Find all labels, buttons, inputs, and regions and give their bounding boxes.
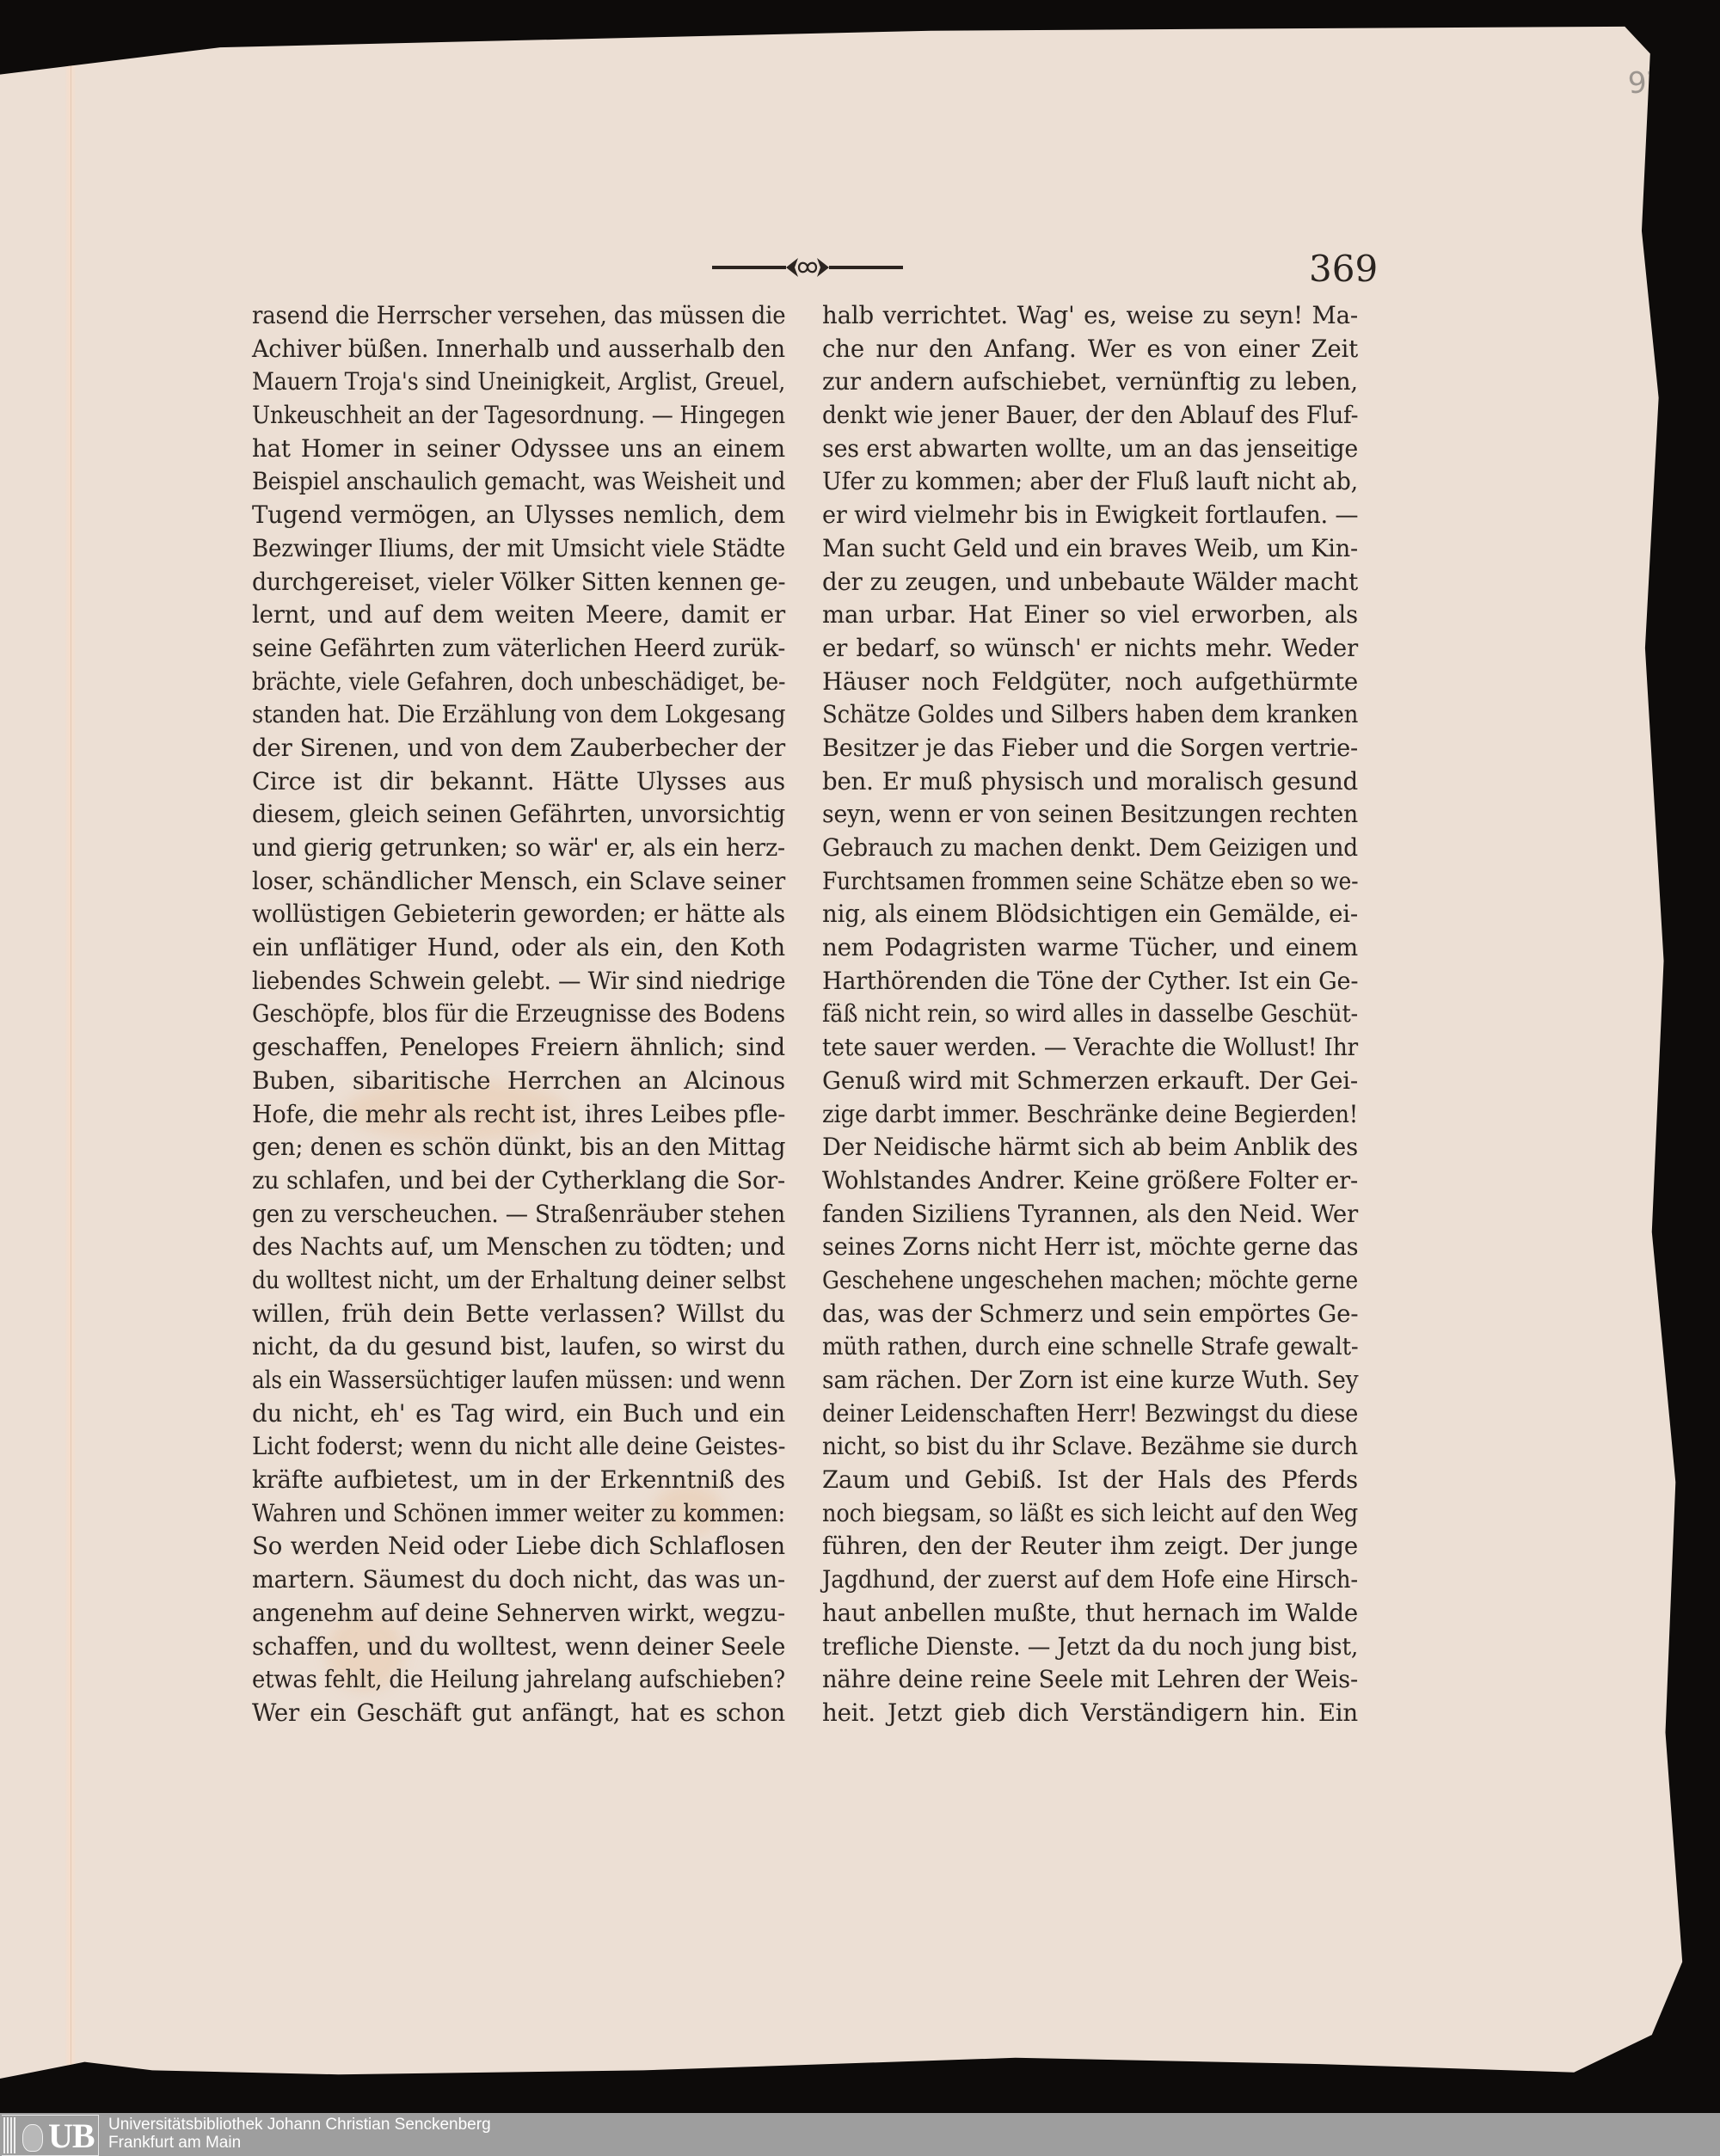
text-line: loser, schändlicher Mensch, ein Sclave s… (252, 865, 785, 899)
text-line: etwas fehlt, die Heilung jahrelang aufsc… (252, 1663, 785, 1697)
text-line: Wahren und Schönen immer weiter zu komme… (252, 1497, 785, 1531)
text-line: er wird vielmehr bis in Ewigkeit fortlau… (822, 499, 1358, 532)
text-line: Tugend vermögen, an Ulysses nemlich, dem (252, 499, 785, 532)
text-line: Der Neidische härmt sich ab beim Anblik … (822, 1131, 1358, 1164)
text-line: Buben, sibaritische Herrchen an Alcinous (252, 1065, 785, 1098)
institution-line-1: Universitätsbibliothek Johann Christian … (108, 2116, 491, 2134)
text-line: tete sauer werden. — Verachte die Wollus… (822, 1031, 1358, 1065)
text-line: noch biegsam, so läßt es sich leicht auf… (822, 1497, 1358, 1531)
text-line: fanden Siziliens Tyrannen, als den Neid.… (822, 1198, 1358, 1232)
text-line: Wer ein Geschäft gut anfängt, hat es sch… (252, 1697, 785, 1730)
text-line: nähre deine reine Seele mit Lehren der W… (822, 1663, 1358, 1697)
text-line: zu schlafen, und bei der Cytherklang die… (252, 1164, 785, 1198)
text-line: Geschöpfe, blos für die Erzeugnisse des … (252, 998, 785, 1031)
text-line: gen zu verscheuchen. — Straßenräuber ste… (252, 1198, 785, 1232)
institution-line-2: Frankfurt am Main (108, 2134, 491, 2152)
text-line: Jagdhund, der zuerst auf dem Hofe eine H… (822, 1563, 1358, 1597)
text-line: ein unflätiger Hund, oder als ein, den K… (252, 931, 785, 965)
institution-name: Universitätsbibliothek Johann Christian … (108, 2116, 491, 2152)
text-line: Häuser noch Feldgüter, noch aufgethürmte (822, 666, 1358, 699)
ub-logo: UB (2, 2115, 99, 2156)
text-line: müth rathen, durch eine schnelle Strafe … (822, 1330, 1358, 1364)
text-line: nig, als einem Blödsichtigen ein Gemälde… (822, 898, 1358, 931)
logo-columns-icon (3, 2117, 15, 2153)
text-line: als ein Wassersüchtiger laufen müssen: u… (252, 1364, 785, 1397)
text-line: denkt wie jener Bauer, der den Ablauf de… (822, 399, 1358, 433)
text-line: rasend die Herrscher versehen, das müsse… (252, 299, 785, 333)
text-line: ses erst abwarten wollte, um an das jens… (822, 433, 1358, 466)
text-line: Hofe, die mehr als recht ist, ihres Leib… (252, 1098, 785, 1132)
text-line: brächte, viele Gefahren, doch unbeschädi… (252, 666, 785, 699)
text-line: gen; denen es schön dünkt, bis an den Mi… (252, 1131, 785, 1164)
text-line: Circe ist dir bekannt. Hätte Ulysses aus (252, 765, 785, 799)
text-line: Gebrauch zu machen denkt. Dem Geizigen u… (822, 832, 1358, 865)
left-text-column: rasend die Herrscher versehen, das müsse… (252, 299, 785, 1730)
text-line: du wolltest nicht, um der Erhaltung dein… (252, 1264, 785, 1298)
text-line: Bezwinger Iliums, der mit Umsicht viele … (252, 532, 785, 566)
text-line: Man sucht Geld und ein braves Weib, um K… (822, 532, 1358, 566)
text-line: Genuß wird mit Schmerzen erkauft. Der Ge… (822, 1065, 1358, 1098)
text-line: deiner Leidenschaften Herr! Bezwingst du… (822, 1397, 1358, 1431)
text-line: Unkeuschheit an der Tagesordnung. — Hing… (252, 399, 785, 433)
text-line: du nicht, eh' es Tag wird, ein Buch und … (252, 1397, 785, 1431)
text-line: Licht foderst; wenn du nicht alle deine … (252, 1430, 785, 1464)
text-line: nicht, da du gesund bist, laufen, so wir… (252, 1330, 785, 1364)
library-footer-bar: UB Universitätsbibliothek Johann Christi… (0, 2113, 1720, 2156)
text-line: fäß nicht rein, so wird alles in dasselb… (822, 998, 1358, 1031)
text-line: nem Podagristen warme Tücher, und einem (822, 931, 1358, 965)
text-line: seines Zorns nicht Herr ist, möchte gern… (822, 1231, 1358, 1264)
text-line: Ufer zu kommen; aber der Fluß lauft nich… (822, 465, 1358, 499)
text-line: So werden Neid oder Liebe dich Schlaflos… (252, 1530, 785, 1563)
text-line: Besitzer je das Fieber und die Sorgen ve… (822, 732, 1358, 765)
text-line: des Nachts auf, um Menschen zu tödten; u… (252, 1231, 785, 1264)
text-line: das, was der Schmerz und sein empörtes G… (822, 1298, 1358, 1331)
text-line: Achiver büßen. Innerhalb und ausserhalb … (252, 333, 785, 366)
logo-portrait-icon (22, 2124, 43, 2152)
text-line: diesem, gleich seinen Gefährten, unvorsi… (252, 798, 785, 832)
text-line: Wohlstandes Andrer. Keine größere Folter… (822, 1164, 1358, 1198)
scanned-page: 92 369 rasend die Herrscher versehen, da… (0, 22, 1692, 2108)
page-number: 369 (1309, 248, 1378, 290)
text-line: Mauern Troja's sind Uneinigkeit, Arglist… (252, 365, 785, 399)
fold-line (71, 22, 71, 2108)
right-text-column: halb verrichtet. Wag' es, weise zu seyn!… (822, 299, 1358, 1730)
text-line: zige darbt immer. Beschränke deine Begie… (822, 1098, 1358, 1132)
text-line: sam rächen. Der Zorn ist eine kurze Wuth… (822, 1364, 1358, 1397)
text-line: trefliche Dienste. — Jetzt da du noch ju… (822, 1631, 1358, 1664)
pencil-folio-number: 92 (1627, 64, 1667, 101)
text-line: der Sirenen, und von dem Zauberbecher de… (252, 732, 785, 765)
text-line: willen, früh dein Bette verlassen? Wills… (252, 1298, 785, 1331)
text-line: heit. Jetzt gieb dich Verständigern hin.… (822, 1697, 1358, 1730)
text-line: und gierig getrunken; so wär' er, als ei… (252, 832, 785, 865)
text-line: Schätze Goldes und Silbers haben dem kra… (822, 698, 1358, 732)
text-line: ben. Er muß physisch und moralisch gesun… (822, 765, 1358, 799)
text-line: seyn, wenn er von seinen Besitzungen rec… (822, 798, 1358, 832)
text-line: er bedarf, so wünsch' er nichts mehr. We… (822, 632, 1358, 666)
text-line: Harthörenden die Töne der Cyther. Ist ei… (822, 965, 1358, 998)
text-line: standen hat. Die Erzählung von dem Lokge… (252, 698, 785, 732)
text-line: Zaum und Gebiß. Ist der Hals des Pferds (822, 1464, 1358, 1497)
text-line: der zu zeugen, und unbebaute Wälder mach… (822, 566, 1358, 599)
text-line: durchgereiset, vieler Völker Sitten kenn… (252, 566, 785, 599)
text-line: zur andern aufschiebet, vernünftig zu le… (822, 365, 1358, 399)
text-line: kräfte aufbietest, um in der Erkenntniß … (252, 1464, 785, 1497)
text-line: führen, den der Reuter ihm zeigt. Der ju… (822, 1530, 1358, 1563)
text-line: lernt, und auf dem weiten Meere, damit e… (252, 599, 785, 632)
logo-text: UB (48, 2117, 95, 2155)
text-line: schaffen, und du wolltest, wenn deiner S… (252, 1631, 785, 1664)
text-line: Geschehene ungeschehen machen; möchte ge… (822, 1264, 1358, 1298)
text-line: che nur den Anfang. Wer es von einer Zei… (822, 333, 1358, 366)
text-line: Beispiel anschaulich gemacht, was Weishe… (252, 465, 785, 499)
text-line: nicht, so bist du ihr Sclave. Bezähme si… (822, 1430, 1358, 1464)
text-line: haut anbellen mußte, thut hernach im Wal… (822, 1597, 1358, 1631)
text-line: halb verrichtet. Wag' es, weise zu seyn!… (822, 299, 1358, 333)
text-line: Furchtsamen frommen seine Schätze eben s… (822, 865, 1358, 899)
text-line: seine Gefährten zum väterlichen Heerd zu… (252, 632, 785, 666)
text-line: geschaffen, Penelopes Freiern ähnlich; s… (252, 1031, 785, 1065)
text-line: hat Homer in seiner Odyssee uns an einem (252, 433, 785, 466)
header-ornament-icon (712, 253, 903, 282)
text-line: liebendes Schwein gelebt. — Wir sind nie… (252, 965, 785, 998)
text-line: man urbar. Hat Einer so viel erworben, a… (822, 599, 1358, 632)
text-line: martern. Säumest du doch nicht, das was … (252, 1563, 785, 1597)
text-line: angenehm auf deine Sehnerven wirkt, wegz… (252, 1597, 785, 1631)
text-line: wollüstigen Gebieterin geworden; er hätt… (252, 898, 785, 931)
